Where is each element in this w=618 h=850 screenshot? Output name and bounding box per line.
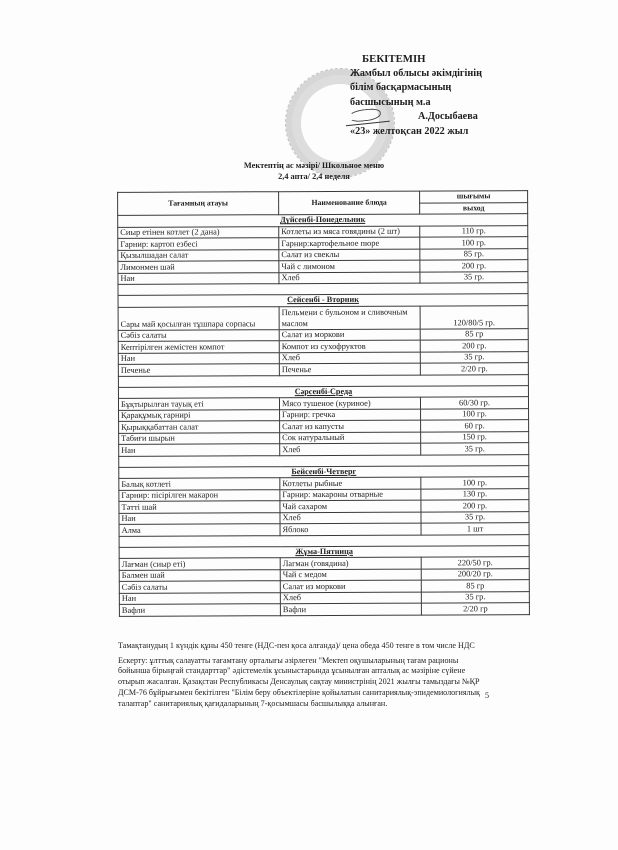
dish-name-ru: Вафли: [280, 603, 421, 615]
dish-name-ru: Чай сахаром: [280, 500, 421, 512]
header-yield-kz: шығымы: [420, 191, 528, 203]
dish-name-kz: Нан: [119, 592, 280, 604]
dish-name-kz: Нан: [119, 444, 280, 456]
dish-name-ru: Хлеб: [280, 443, 421, 455]
dish-name-kz: Балмен шай: [119, 569, 280, 581]
dish-yield: 130 гр.: [421, 488, 529, 500]
dish-name-ru: Хлеб: [279, 352, 420, 364]
dish-name-kz: Кептірілген жемістен компот: [118, 341, 279, 353]
approval-line: басшысының м.а: [350, 96, 580, 111]
dish-name-kz: Сәбіз салаты: [118, 329, 279, 341]
dish-name-ru: Печенье: [279, 363, 420, 375]
title-line-2: 2,4 апта/ 2,4 неделя: [0, 171, 618, 182]
remark-note: Ескерту: ұлттық салауатты тағамтану орта…: [118, 656, 488, 710]
dish-yield: 1 шт: [421, 523, 529, 535]
table-row: Сары май қосылған тұшпара сорпасыПельмен…: [118, 305, 528, 330]
dish-name-kz: Гарнир: картоп езбесі: [118, 238, 279, 250]
dish-name-kz: Сары май қосылған тұшпара сорпасы: [118, 306, 279, 330]
dish-name-ru: Гарнир: макароны отварные: [280, 489, 421, 501]
dish-name-ru: Котлеты из мяса говядины (2 шт): [279, 226, 420, 238]
dish-name-ru: Гарнир: гречка: [280, 409, 421, 421]
dish-name-ru: Хлеб: [280, 592, 421, 604]
dish-name-kz: Вафли: [119, 604, 280, 616]
dish-name-ru: Чай с лимоном: [279, 260, 420, 272]
dish-name-kz: Лимонмен шәй: [118, 261, 279, 273]
dish-yield: 35 гр.: [421, 511, 529, 523]
dish-name-ru: Мясо тушеное (куриное): [279, 397, 420, 409]
dish-name-kz: Гарнир: пісірілген макарон: [119, 489, 280, 501]
dish-name-kz: Нан: [118, 272, 279, 284]
approval-line: білім басқармасының: [350, 81, 580, 96]
dish-name-kz: Нан: [118, 352, 279, 364]
dish-name-kz: Печенье: [118, 364, 279, 376]
dish-name-ru: Пельмени с бульоном и сливочным маслом: [279, 306, 420, 330]
dish-name-ru: Лагман (говядина): [280, 557, 421, 569]
dish-yield: 85 гр: [420, 328, 528, 340]
dish-yield: 60 гр.: [421, 420, 529, 432]
dish-yield: 60/30 гр.: [420, 397, 528, 409]
dish-name-kz: Тәтті шай: [119, 501, 280, 513]
document-title: Мектептің ас мәзірі/ Школьное меню 2,4 а…: [0, 160, 618, 182]
header-name-ru: Наименование блюда: [279, 191, 420, 215]
dish-yield: 200 гр.: [420, 260, 528, 272]
dish-name-kz: Қырыққабаттан салат: [119, 421, 280, 433]
dish-name-kz: Сәбіз салаты: [119, 581, 280, 593]
dish-yield: 200/20 гр.: [421, 568, 529, 580]
dish-yield: 110 гр.: [420, 225, 528, 237]
dish-yield: 200 гр.: [421, 500, 529, 512]
dish-yield: 120/80/5 гр.: [420, 305, 528, 328]
footer: Тамақтанудың 1 күндік құны 450 тенге (НД…: [118, 641, 538, 709]
dish-yield: 100 гр.: [421, 477, 529, 489]
dish-name-ru: Хлеб: [279, 272, 420, 284]
dish-yield: 35 гр.: [421, 591, 529, 603]
dish-yield: 85 гр: [421, 580, 529, 592]
header-name-kz: Тағамның атауы: [118, 192, 279, 216]
dish-name-ru: Сок натуральный: [280, 432, 421, 444]
dish-yield: 35 гр.: [420, 271, 528, 283]
dish-name-ru: Компот из сухофруктов: [279, 340, 420, 352]
price-note: Тамақтанудың 1 күндік құны 450 тенге (НД…: [118, 641, 538, 652]
approval-date: «23» желтоқсан 2022 жыл: [350, 125, 580, 140]
approval-title: БЕКІТЕМІН: [362, 52, 580, 67]
dish-name-ru: Чай с медом: [280, 569, 421, 581]
dish-name-kz: Лағман (сиыр еті): [119, 558, 280, 570]
dish-name-ru: Салат из свеклы: [279, 249, 420, 261]
dish-name-kz: Нан: [119, 512, 280, 524]
dish-name-kz: Сиыр етінен котлет (2 дана): [118, 226, 279, 238]
title-line-1: Мектептің ас мәзірі/ Школьное меню: [0, 160, 618, 171]
table-row: ВафлиВафли2/20 гр: [119, 603, 529, 616]
dish-name-kz: Алма: [119, 524, 280, 536]
dish-yield: 100 гр.: [421, 408, 529, 420]
menu-table: Тағамның атауы Наименование блюда шығымы…: [117, 190, 530, 616]
dish-name-kz: Бұқтырылған тауық еті: [118, 398, 279, 410]
menu-body: Дүйсенбі-ПонедельникСиыр етінен котлет (…: [118, 214, 530, 616]
dish-name-kz: Балық котлеті: [119, 478, 280, 490]
dish-yield: 150 гр.: [421, 431, 529, 443]
dish-name-kz: Қарақұмық гарнирі: [119, 409, 280, 421]
dish-yield: 85 гр.: [420, 248, 528, 260]
dish-yield: 35 гр.: [420, 351, 528, 363]
dish-yield: 100 гр.: [420, 237, 528, 249]
dish-name-ru: Салат из моркови: [280, 580, 421, 592]
approval-block: БЕКІТЕМІН Жамбыл облысы әкімдігінің білі…: [350, 52, 580, 139]
dish-yield: 200 гр.: [420, 340, 528, 352]
approval-line: Жамбыл облысы әкімдігінің: [350, 67, 580, 82]
dish-name-kz: Қызылшадан салат: [118, 249, 279, 261]
dish-yield: 220/50 гр.: [421, 557, 529, 569]
dish-yield: 2/20 гр.: [420, 363, 528, 375]
dish-yield: 35 гр.: [421, 443, 529, 455]
header-yield-ru: выход: [420, 202, 528, 214]
dish-name-ru: Яблоко: [280, 523, 421, 535]
dish-name-ru: Котлеты рыбные: [280, 477, 421, 489]
page-number: 5: [485, 691, 489, 702]
dish-name-kz: Табиғи шырын: [119, 432, 280, 444]
dish-yield: 2/20 гр: [421, 603, 529, 615]
dish-name-ru: Хлеб: [280, 512, 421, 524]
dish-name-ru: Гарнир:картофельное пюре: [279, 237, 420, 249]
dish-name-ru: Салат из моркови: [279, 329, 420, 341]
dish-name-ru: Салат из капусты: [280, 420, 421, 432]
approval-signer: А.Досыбаева: [418, 110, 580, 125]
